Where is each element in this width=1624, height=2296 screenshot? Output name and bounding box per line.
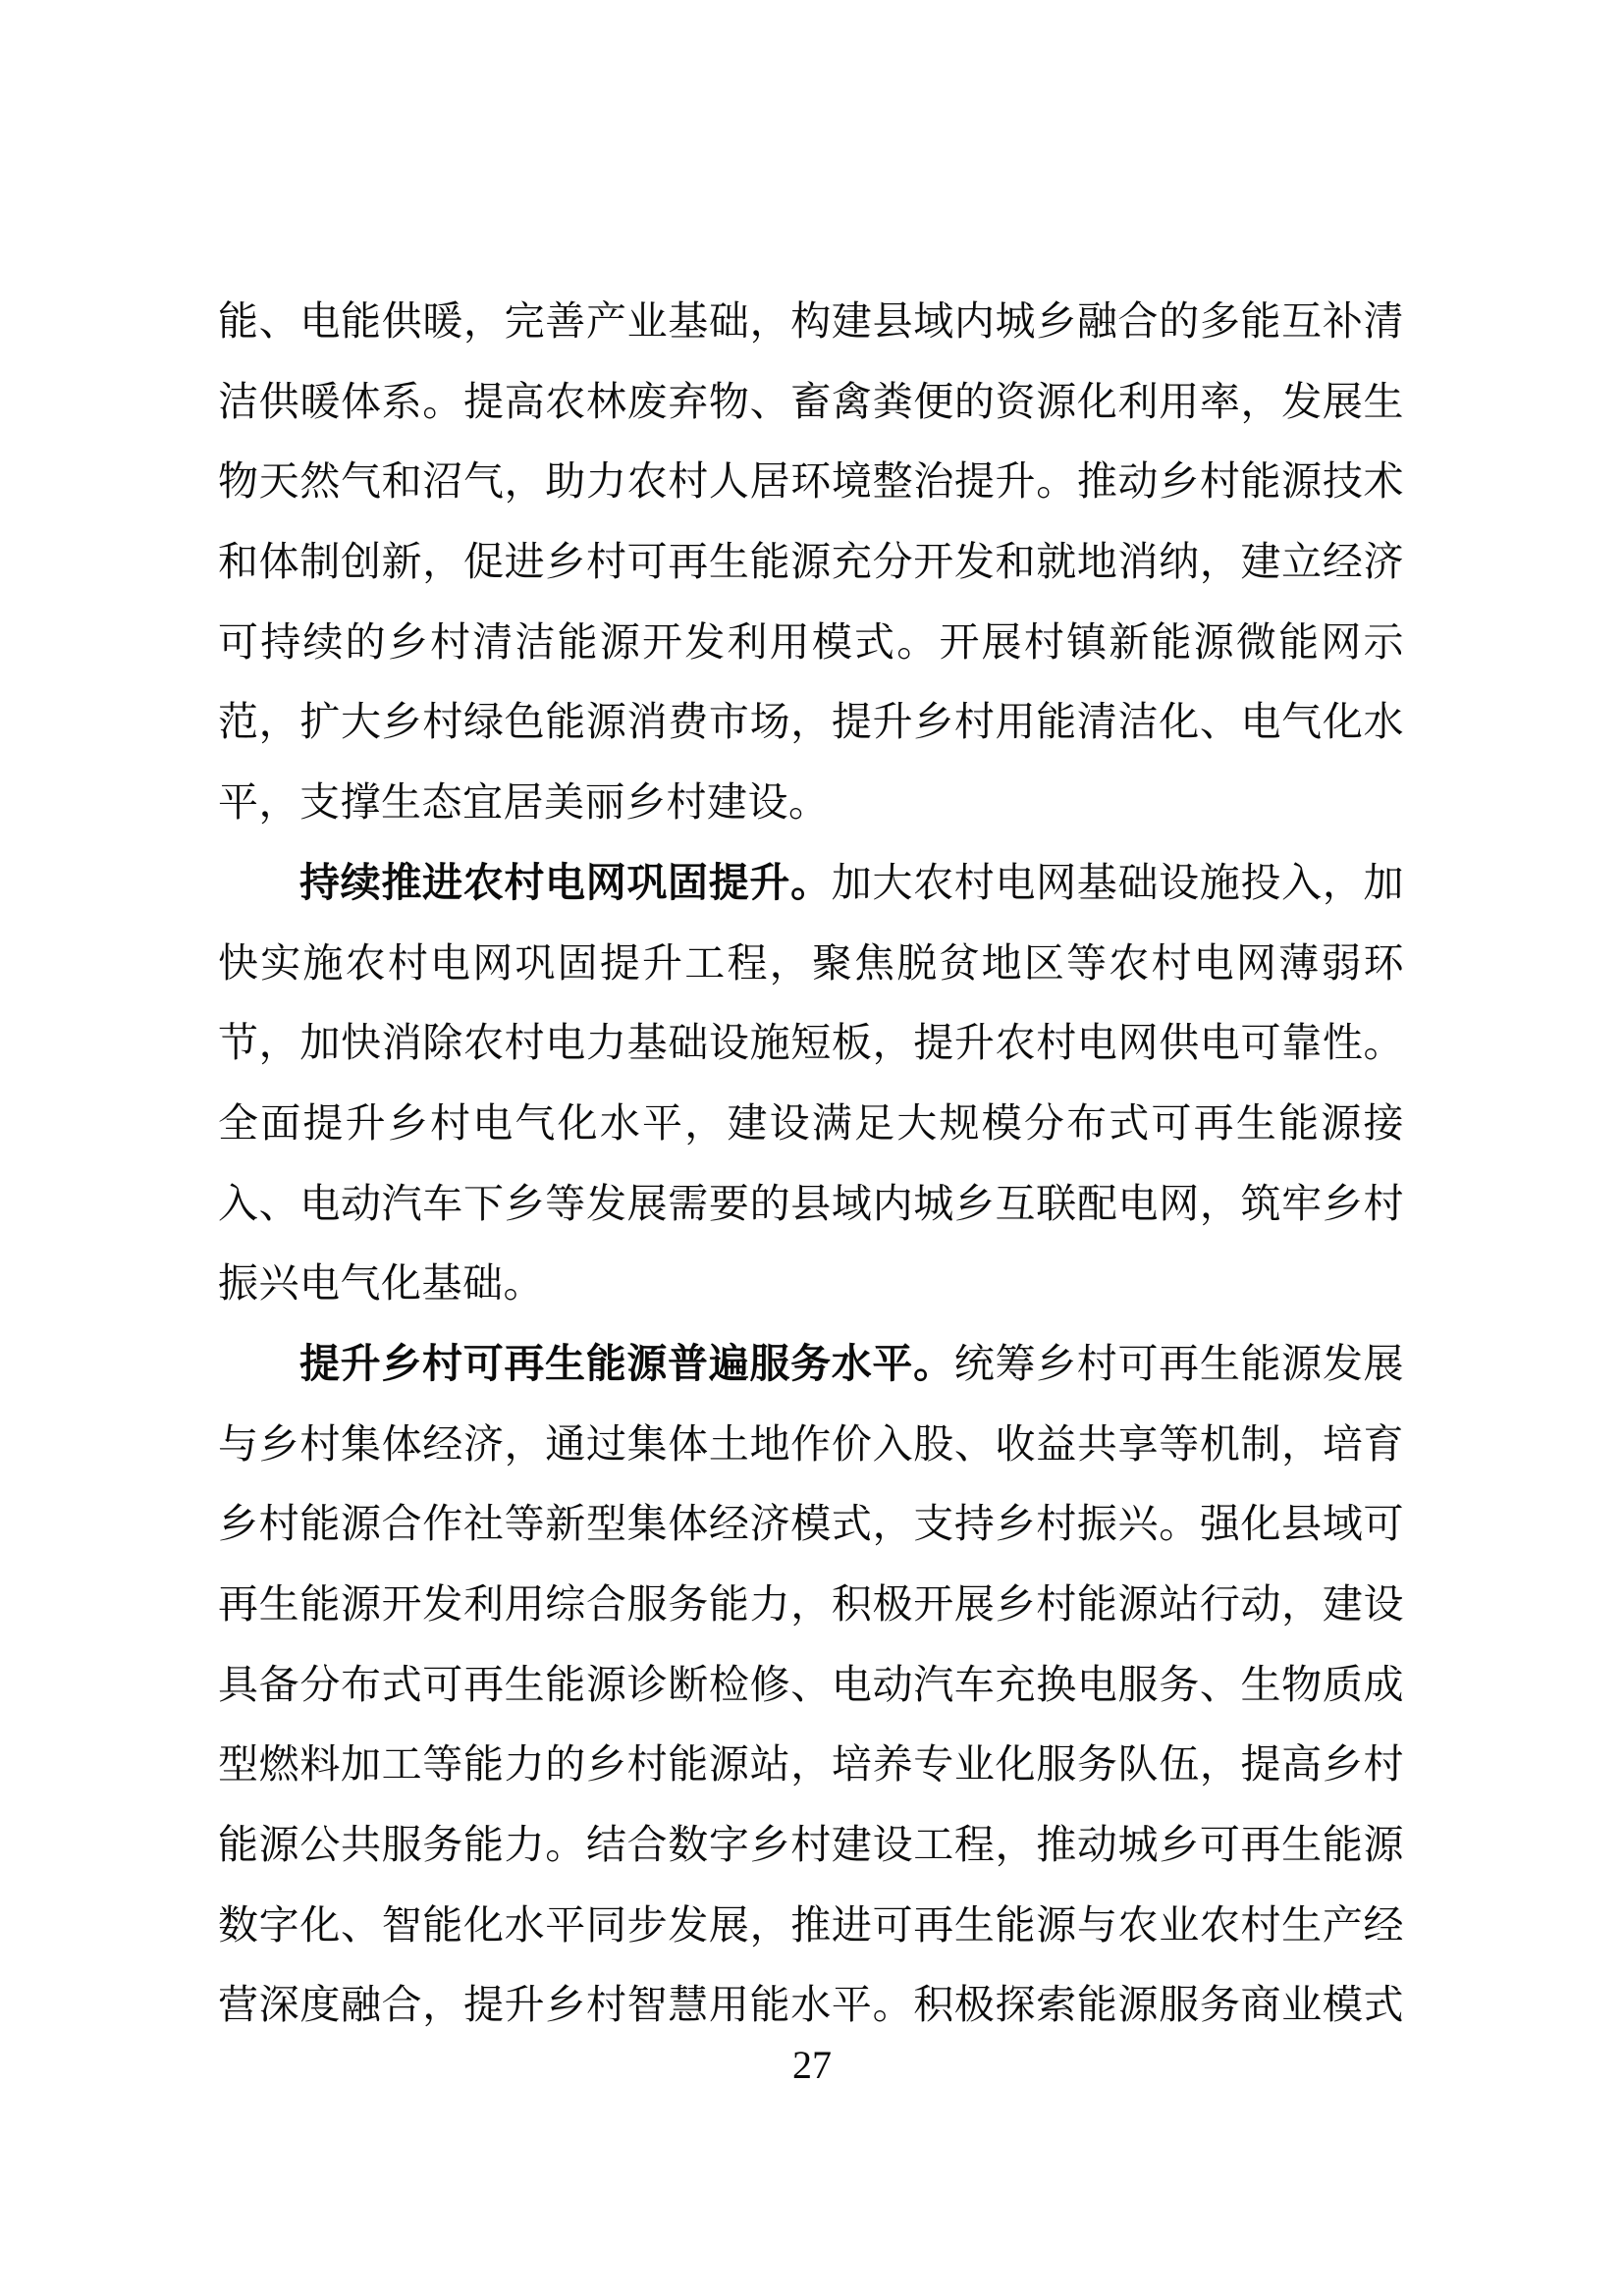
text-line: 能源公共服务能力。结合数字乡村建设工程，推动城乡可再生能源 xyxy=(218,1805,1404,1886)
paragraph-lead-rest: 统筹乡村可再生能源发展 xyxy=(954,1341,1404,1386)
text-line: 持续推进农村电网巩固提升。加大农村电网基础设施投入，加 xyxy=(218,843,1404,924)
text-line: 全面提升乡村电气化水平，建设满足大规模分布式可再生能源接 xyxy=(218,1084,1404,1164)
text-line: 节，加快消除农村电力基础设施短板，提升农村电网供电可靠性。 xyxy=(218,1003,1404,1084)
paragraph-3: 提升乡村可再生能源普遍服务水平。统筹乡村可再生能源发展 与乡村集体经济，通过集体… xyxy=(218,1324,1404,2046)
text-line: 平，支撑生态宜居美丽乡村建设。 xyxy=(218,763,1404,843)
text-line: 快实施农村电网巩固提升工程，聚焦脱贫地区等农村电网薄弱环 xyxy=(218,924,1404,1004)
text-line: 振兴电气化基础。 xyxy=(218,1244,1404,1324)
text-block: 能、电能供暖，完善产业基础，构建县域内城乡融合的多能互补清 洁供暖体系。提高农林… xyxy=(218,282,1404,2046)
text-line: 营深度融合，提升乡村智慧用能水平。积极探索能源服务商业模式 xyxy=(218,1965,1404,2046)
text-line: 具备分布式可再生能源诊断检修、电动汽车充换电服务、生物质成 xyxy=(218,1645,1404,1726)
paragraph-lead-rest: 加大农村电网基础设施投入，加 xyxy=(832,860,1404,905)
text-line: 入、电动汽车下乡等发展需要的县域内城乡互联配电网，筑牢乡村 xyxy=(218,1164,1404,1245)
text-line: 洁供暖体系。提高农林废弃物、畜禽粪便的资源化利用率，发展生 xyxy=(218,362,1404,443)
paragraph-2: 持续推进农村电网巩固提升。加大农村电网基础设施投入，加 快实施农村电网巩固提升工… xyxy=(218,843,1404,1324)
text-line: 型燃料加工等能力的乡村能源站，培养专业化服务队伍，提高乡村 xyxy=(218,1725,1404,1805)
paragraph-lead-bold: 持续推进农村电网巩固提升。 xyxy=(299,860,832,905)
text-line: 再生能源开发利用综合服务能力，积极开展乡村能源站行动，建设 xyxy=(218,1565,1404,1645)
text-line: 和体制创新，促进乡村可再生能源充分开发和就地消纳，建立经济 xyxy=(218,522,1404,603)
paragraph-1: 能、电能供暖，完善产业基础，构建县域内城乡融合的多能互补清 洁供暖体系。提高农林… xyxy=(218,282,1404,843)
text-line: 提升乡村可再生能源普遍服务水平。统筹乡村可再生能源发展 xyxy=(218,1324,1404,1405)
paragraph-lead-bold: 提升乡村可再生能源普遍服务水平。 xyxy=(299,1341,954,1386)
page-number: 27 xyxy=(0,2044,1624,2087)
text-line: 数字化、智能化水平同步发展，推进可再生能源与农业农村生产经 xyxy=(218,1886,1404,1966)
text-line: 范，扩大乡村绿色能源消费市场，提升乡村用能清洁化、电气化水 xyxy=(218,682,1404,763)
text-line: 与乡村集体经济，通过集体土地作价入股、收益共享等机制，培育 xyxy=(218,1405,1404,1485)
text-line: 乡村能源合作社等新型集体经济模式，支持乡村振兴。强化县域可 xyxy=(218,1484,1404,1565)
document-page: 能、电能供暖，完善产业基础，构建县域内城乡融合的多能互补清 洁供暖体系。提高农林… xyxy=(0,0,1624,2296)
text-line: 可持续的乡村清洁能源开发利用模式。开展村镇新能源微能网示 xyxy=(218,603,1404,683)
text-line: 物天然气和沼气，助力农村人居环境整治提升。推动乡村能源技术 xyxy=(218,442,1404,522)
text-line: 能、电能供暖，完善产业基础，构建县域内城乡融合的多能互补清 xyxy=(218,282,1404,362)
